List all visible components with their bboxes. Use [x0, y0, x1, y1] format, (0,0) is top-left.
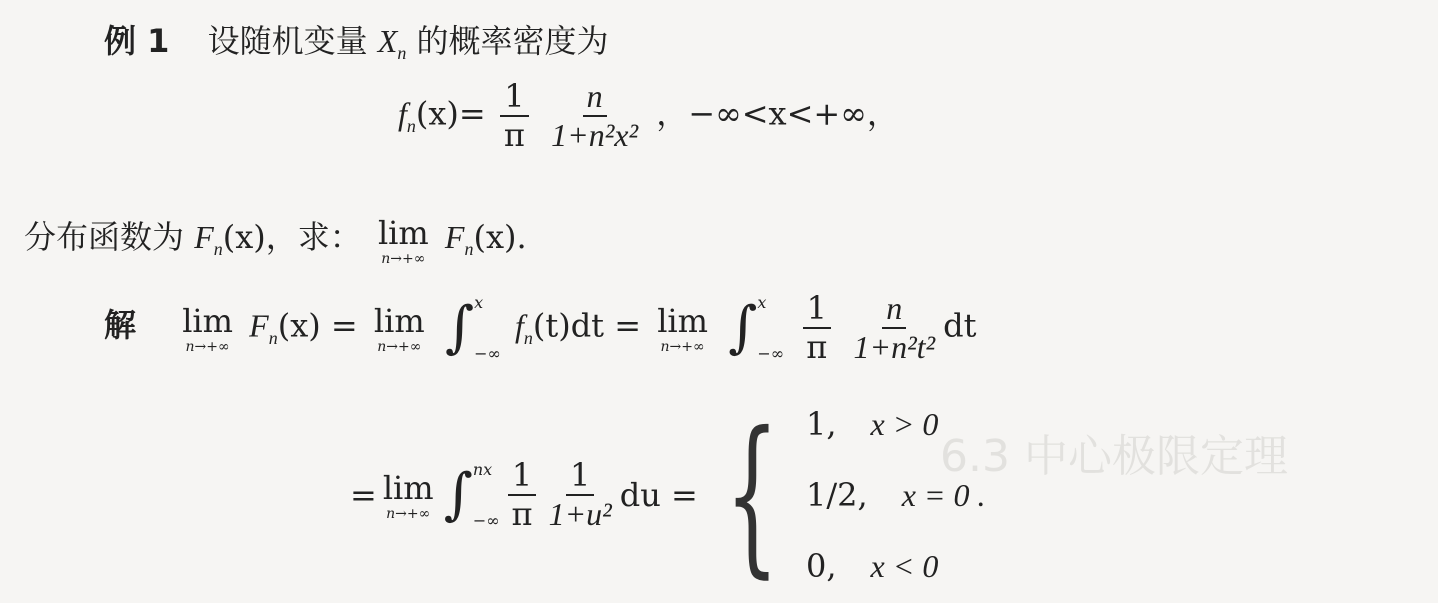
integral: ∫x−∞ — [445, 293, 501, 363]
bleed-through-heading: 6.3 中心极限定理 — [940, 420, 1288, 484]
integral: ∫nx−∞ — [444, 460, 500, 530]
limit-operator: limn→+∞ — [657, 302, 708, 354]
var-sub: n — [397, 43, 406, 63]
f-symbol: f — [398, 95, 407, 131]
example-label: 例 1 — [104, 22, 169, 60]
f-arg: (x)= — [416, 94, 486, 132]
fraction-integrand: n1+n²t² — [849, 290, 939, 366]
piecewise-result: { 1,x > 0 1/2,x = 0 . 0,x < 0 — [698, 405, 986, 585]
fraction-1-over-pi: 1π — [508, 457, 537, 533]
example-heading: 例 1 设随机变量 Xn 的概率密度为 — [104, 16, 609, 64]
example-intro: 设随机变量 — [208, 22, 368, 60]
var-x: X — [378, 23, 398, 59]
question-target: (x). — [473, 218, 526, 256]
case-row: 0,x < 0 — [806, 547, 985, 585]
solution-step-2: = limn→+∞ ∫nx−∞ 1π 11+u²du = { 1,x > 0 1… — [350, 405, 985, 585]
question-text: 分布函数为 — [24, 218, 184, 256]
fraction-1-over-pi: 1π — [500, 78, 529, 154]
example-intro-end: 的概率密度为 — [417, 22, 609, 60]
limit-operator: limn→+∞ — [182, 302, 233, 354]
question-F-arg: (x)，求： — [223, 218, 362, 256]
density-domain: ，−∞<x<+∞， — [656, 94, 899, 132]
fraction-density: n1+n²x² — [547, 78, 642, 154]
solution-step-1: 解 limn→+∞ Fn(x) = limn→+∞ ∫x−∞ fn(t)dt =… — [104, 290, 976, 366]
density-formula: fn(x)= 1π n1+n²x² ，−∞<x<+∞， — [398, 78, 899, 154]
limit-operator: limn→+∞ — [374, 302, 425, 354]
limit-operator: limn→+∞ — [383, 469, 434, 521]
fraction-cauchy: 11+u² — [545, 457, 616, 533]
case-row: 1/2,x = 0 . — [806, 476, 985, 514]
f-sub: n — [407, 116, 416, 136]
left-brace-icon: { — [725, 410, 779, 580]
solution-label: 解 — [104, 306, 136, 344]
integral: ∫x−∞ — [728, 293, 784, 363]
case-row: 1,x > 0 — [806, 405, 985, 443]
fraction-1-over-pi: 1π — [802, 290, 831, 366]
limit-operator: limn→+∞ — [378, 214, 429, 266]
question-line: 分布函数为 Fn(x)，求： limn→+∞ Fn(x). — [24, 212, 527, 266]
